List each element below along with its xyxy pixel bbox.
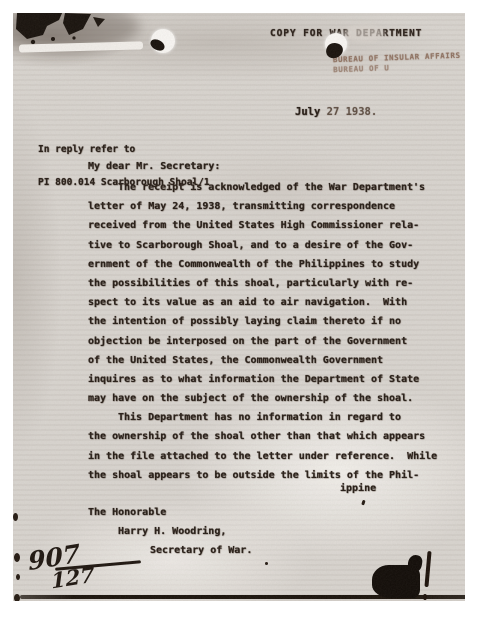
edge-spot bbox=[14, 594, 20, 601]
letter-body-line: the possibilities of this shoal, particu… bbox=[88, 274, 437, 293]
addressee-honorific: The Honorable bbox=[88, 507, 166, 518]
letter-body-line: spect to its value as an aid to air navi… bbox=[88, 293, 437, 312]
letter-body-line: the shoal appears to be outside the limi… bbox=[88, 466, 437, 485]
letter-body-line: the intention of possibly laying claim t… bbox=[88, 312, 437, 331]
letter-body-line: letter of May 24, 1938, transmitting cor… bbox=[88, 197, 437, 216]
addressee-name: Harry H. Woodring, bbox=[118, 526, 226, 537]
letter-body-line: tive to Scarborough Shoal, and to a desi… bbox=[88, 236, 437, 255]
bureau-of-insular-affairs-stamp: BUREAU OF INSULAR AFFAIRS BUREAU OF U bbox=[333, 51, 461, 74]
letter-body-line: The receipt is acknowledged of the War D… bbox=[88, 178, 437, 197]
letter-body: The receipt is acknowledged of the War D… bbox=[88, 178, 437, 485]
letter-body-line: the ownership of the shoal other than th… bbox=[88, 427, 437, 446]
letter-body-line: in the file attached to the letter under… bbox=[88, 447, 437, 466]
handwritten-mark bbox=[424, 551, 431, 587]
paper-speck bbox=[361, 500, 365, 505]
letter-body-line: This Department has no information in re… bbox=[88, 408, 437, 427]
ink-smudge bbox=[343, 25, 385, 42]
letter-body-line: of the United States, the Commonwealth G… bbox=[88, 351, 437, 370]
paper-speck bbox=[265, 562, 268, 565]
overflow-word-fragment: ippine bbox=[340, 483, 376, 494]
scan-page: COPY FOR WAR DEPARTMENT BUREAU OF INSULA… bbox=[13, 13, 465, 601]
letter-body-line: ernment of the Commonwealth of the Phili… bbox=[88, 255, 437, 274]
letter-body-line: may have on the subject of the ownership… bbox=[88, 389, 437, 408]
edge-spot bbox=[14, 553, 20, 562]
tape-remnant bbox=[13, 13, 161, 71]
reference-line-1: In reply refer to bbox=[38, 144, 210, 155]
letter-date: July 27 1938. bbox=[295, 106, 377, 118]
salutation: My dear Mr. Secretary: bbox=[88, 161, 220, 172]
letter-date-month: July bbox=[295, 106, 320, 118]
handwritten-mark bbox=[423, 594, 427, 600]
edge-spot bbox=[16, 574, 20, 580]
letter-body-line: objection be interposed on the part of t… bbox=[88, 332, 437, 351]
letter-body-line: received from the United States High Com… bbox=[88, 216, 437, 235]
scanned-letter-frame: COPY FOR WAR DEPARTMENT BUREAU OF INSULA… bbox=[0, 0, 478, 623]
edge-spot bbox=[13, 513, 18, 521]
letter-body-line: inquires as to what information the Depa… bbox=[88, 370, 437, 389]
letter-date-rest: 27 1938. bbox=[320, 106, 377, 118]
handwritten-file-number-denominator: 127 bbox=[51, 562, 96, 594]
addressee-title: Secretary of War. bbox=[150, 545, 252, 556]
